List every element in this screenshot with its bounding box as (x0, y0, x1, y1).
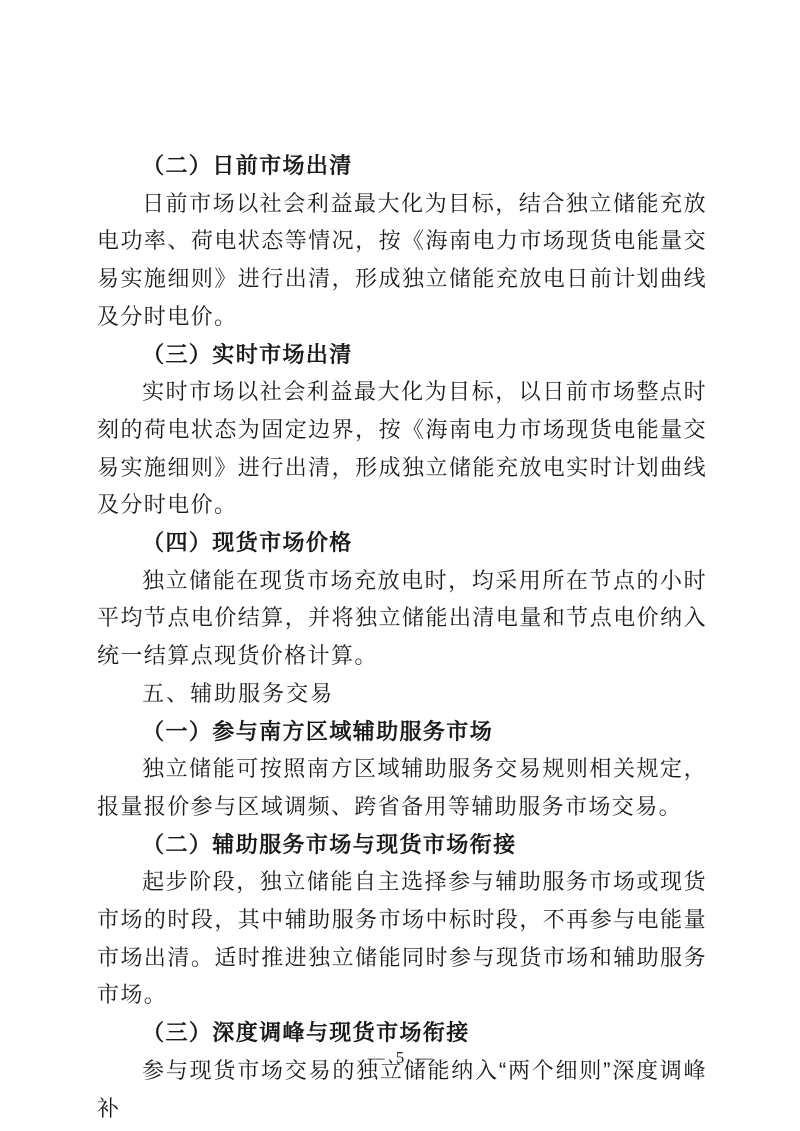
document-page: （二）日前市场出清日前市场以社会利益最大化为目标，结合独立储能充放电功率、荷电状… (0, 0, 800, 1131)
document-heading: （二）辅助服务市场与现货市场衔接 (97, 826, 707, 864)
footer-right-dash: — (415, 1044, 432, 1072)
page-number: 5 (396, 1044, 405, 1072)
document-paragraph: 独立储能在现货市场充放电时，均采用所在节点的小时平均节点电价结算，并将独立储能出… (97, 562, 707, 675)
document-heading: （四）现货市场价格 (97, 524, 707, 562)
document-heading: （一）参与南方区域辅助服务市场 (97, 713, 707, 751)
page-footer: —5— (0, 1044, 800, 1072)
document-heading: （二）日前市场出清 (97, 147, 707, 185)
document-heading: （三）实时市场出清 (97, 336, 707, 374)
document-paragraph: 起步阶段，独立储能自主选择参与辅助服务市场或现货市场的时段，其中辅助服务市场中标… (97, 863, 707, 1014)
document-paragraph: 独立储能可按照南方区域辅助服务交易规则相关规定，报量报价参与区域调频、跨省备用等… (97, 750, 707, 825)
document-paragraph: 实时市场以社会利益最大化为目标，以日前市场整点时刻的荷电状态为固定边界，按《海南… (97, 373, 707, 524)
document-heading: 五、辅助服务交易 (97, 675, 707, 713)
footer-left-dash: — (368, 1044, 385, 1072)
document-paragraph: 日前市场以社会利益最大化为目标，结合独立储能充放电功率、荷电状态等情况，按《海南… (97, 185, 707, 336)
document-content: （二）日前市场出清日前市场以社会利益最大化为目标，结合独立储能充放电功率、荷电状… (97, 147, 707, 1127)
